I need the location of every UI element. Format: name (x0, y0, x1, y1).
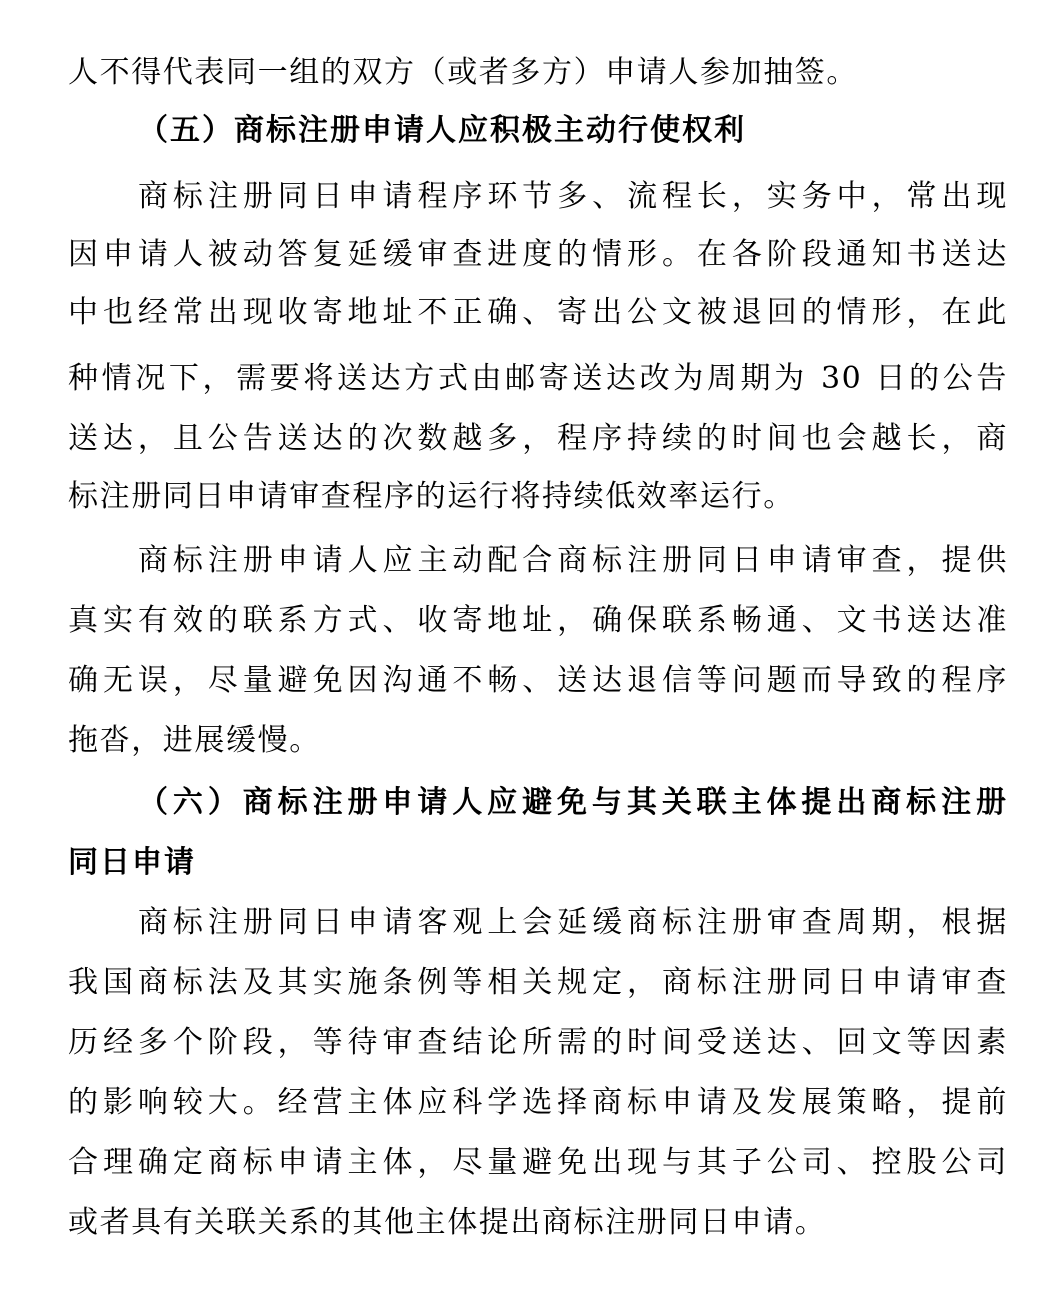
paragraph-line: 标注册同日申请审查程序的运行将持续低效率运行。 (68, 468, 1008, 526)
paragraph-line: 中也经常出现收寄地址不正确、寄出公文被退回的情形，在此 (68, 284, 1008, 342)
section-heading-5: （五）商标注册申请人应积极主动行使权利 (138, 102, 1008, 160)
paragraph-line: 送达，且公告送达的次数越多，程序持续的时间也会越长，商 (68, 410, 1008, 468)
paragraph-line: 我国商标法及其实施条例等相关规定，商标注册同日申请审查 (68, 954, 1008, 1012)
paragraph-line: 商标注册同日申请程序环节多、流程长，实务中，常出现 (138, 168, 1008, 226)
heading-line: （六）商标注册申请人应避免与其关联主体提出商标注册 (138, 774, 1008, 832)
paragraph-line: 确无误，尽量避免因沟通不畅、送达退信等问题而导致的程序 (68, 652, 1008, 710)
paragraph-line: 商标注册同日申请客观上会延缓商标注册审查周期，根据 (138, 894, 1008, 952)
paragraph-line: 合理确定商标申请主体，尽量避免出现与其子公司、控股公司 (68, 1134, 1008, 1192)
paragraph-line: 种情况下，需要将送达方式由邮寄送达改为周期为 30 日的公告 (68, 350, 1008, 408)
heading-line: 同日申请 (68, 834, 1008, 892)
continuation-line: 人不得代表同一组的双方（或者多方）申请人参加抽签。 (68, 44, 1008, 102)
document-page: 人不得代表同一组的双方（或者多方）申请人参加抽签。 （五）商标注册申请人应积极主… (0, 0, 1054, 1298)
paragraph-line: 商标注册申请人应主动配合商标注册同日申请审查，提供 (138, 532, 1008, 590)
paragraph-line: 拖沓，进展缓慢。 (68, 712, 1008, 770)
paragraph-line: 历经多个阶段，等待审查结论所需的时间受送达、回文等因素 (68, 1014, 1008, 1072)
paragraph-line: 真实有效的联系方式、收寄地址，确保联系畅通、文书送达准 (68, 592, 1008, 650)
paragraph-line: 的影响较大。经营主体应科学选择商标申请及发展策略，提前 (68, 1074, 1008, 1132)
paragraph-line: 因申请人被动答复延缓审查进度的情形。在各阶段通知书送达 (68, 226, 1008, 284)
paragraph-line: 或者具有关联关系的其他主体提出商标注册同日申请。 (68, 1194, 1008, 1252)
